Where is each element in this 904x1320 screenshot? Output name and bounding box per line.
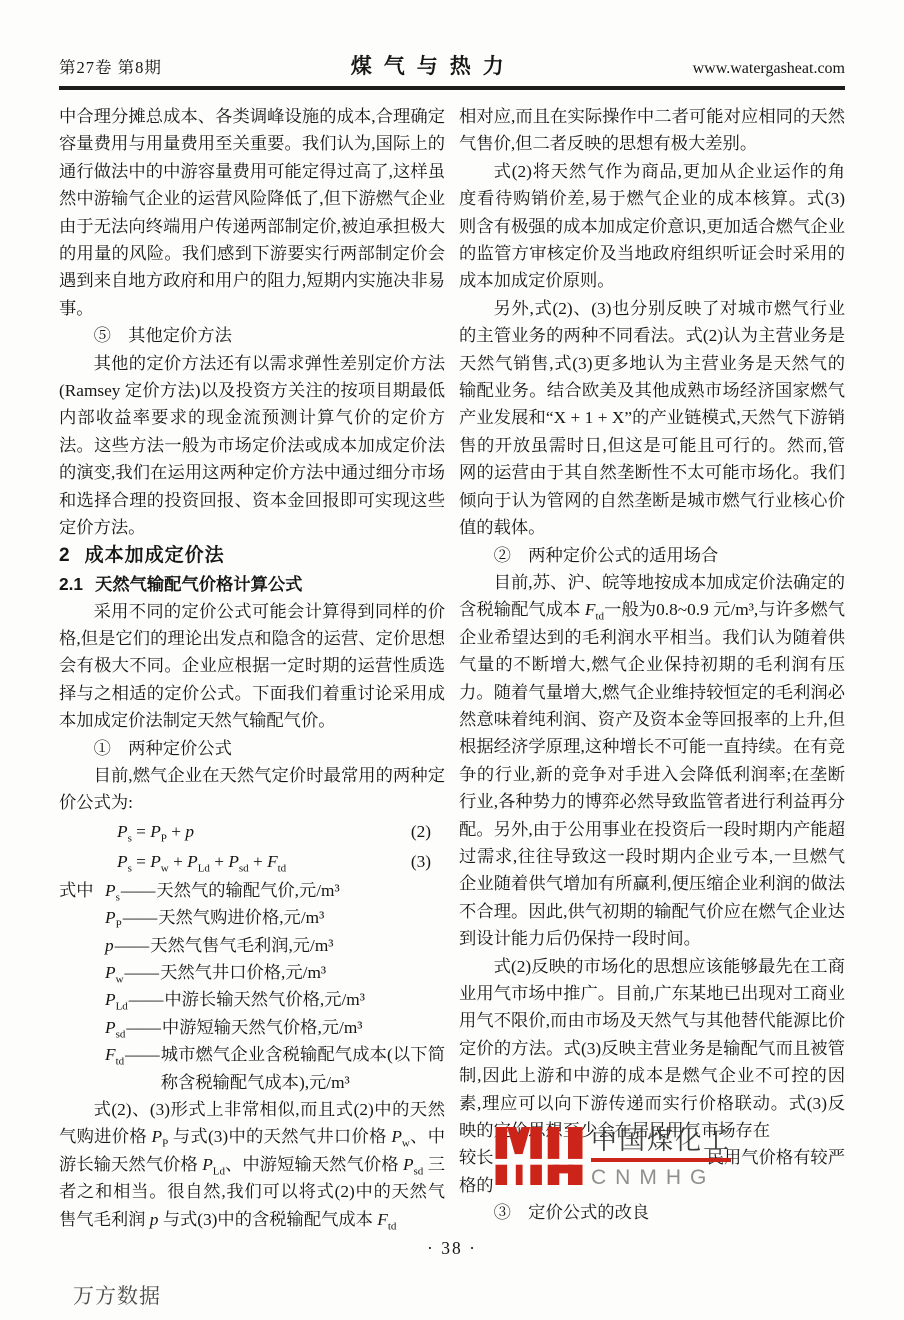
list-item-other-pricing: ⑤ 其他定价方法: [59, 322, 445, 349]
issue-label: 第27卷 第8期: [59, 54, 162, 78]
paragraph-market-promotion: 式(2)反映的市场化的思想应该能够最先在工商业用气市场中推广。目前,广东某地已出…: [459, 953, 845, 1145]
wanfang-data-watermark: 万方数据: [73, 1280, 161, 1310]
text-fragment: 格的: [459, 1172, 845, 1199]
list-item-two-formulas: ① 两种定价公式: [59, 735, 445, 762]
journal-title: 煤气与热力: [351, 50, 516, 80]
definition-dash: ——: [114, 932, 151, 959]
watermark-zone: 较长 民用气价格有较严 格的: [459, 1144, 845, 1199]
subsection-number: 2.1: [59, 574, 83, 594]
symbol: Psd: [105, 1014, 125, 1041]
definition-dash: ——: [122, 904, 159, 931]
equation-2-number: (2): [411, 817, 431, 847]
equation-3-number: (3): [411, 847, 431, 877]
equation-3: Ps = Pw + PLd + Psd + Ftd (3): [59, 847, 445, 877]
journal-page: 第27卷 第8期 煤气与热力 www.watergasheat.com 中合理分…: [0, 0, 904, 1320]
symbol-definition: Psd —— 中游短输天然气价格,元/m³: [59, 1014, 445, 1041]
symbol-description: 天然气井口价格,元/m³: [160, 959, 445, 986]
equation-2-expression: Ps = PP + p: [117, 817, 194, 847]
page-number: · 38 ·: [0, 1238, 904, 1259]
symbol-definition: Ftd —— 城市燃气企业含税输配气成本(以下简称含税输配气成本),元/m³: [59, 1041, 445, 1096]
definition-dash: ——: [124, 959, 161, 986]
lead-spacer: [59, 959, 105, 986]
journal-website: www.watergasheat.com: [693, 60, 845, 78]
list-item-formula-improvement: ③ 定价公式的改良: [459, 1199, 845, 1226]
definition-dash: ——: [128, 986, 165, 1013]
paragraph-intro-formulas: 目前,燃气企业在天然气定价时最常用的两种定价公式为:: [59, 762, 445, 817]
symbol-description: 天然气购进价格,元/m³: [158, 904, 445, 931]
lead-spacer: [59, 932, 105, 959]
paragraph-cost-levels: 目前,苏、沪、皖等地按成本加成定价法确定的含税输配气成本 Ftd一般为0.8~0…: [459, 569, 845, 953]
definition-dash: ——: [125, 1014, 162, 1041]
symbol-description: 城市燃气企业含税输配气成本(以下简称含税输配气成本),元/m³: [161, 1041, 445, 1096]
subsection-title: 天然气输配气价格计算公式: [95, 574, 302, 594]
symbol-definition: PP —— 天然气购进价格,元/m³: [59, 904, 445, 931]
obscured-text-line: 较长 民用气价格有较严: [459, 1144, 845, 1171]
lead-spacer: [59, 1041, 105, 1096]
equation-2: Ps = PP + p (2): [59, 817, 445, 847]
symbol-definition: p —— 天然气售气毛利润,元/m³: [59, 932, 445, 959]
paragraph-formula-choice: 采用不同的定价公式可能会计算得到同样的价格,但是它们的理论出发点和隐含的运营、定…: [59, 598, 445, 735]
section-heading-2: 2成本加成定价法: [59, 542, 445, 570]
symbol-description: 天然气的输配气价,元/m³: [156, 877, 445, 904]
where-label: 式中: [59, 877, 105, 904]
page-header: 第27卷 第8期 煤气与热力 www.watergasheat.com: [59, 50, 845, 80]
paragraph-other-methods: 其他的定价方法还有以需求弹性差别定价方法(Ramsey 定价方法)以及投资方关注…: [59, 350, 445, 542]
paragraph-continuation: 中合理分摊总成本、各类调峰设施的成本,合理确定容量费用与用量费用至关重要。我们认…: [59, 103, 445, 322]
symbol: Ps: [105, 877, 120, 904]
definition-dash: ——: [120, 877, 157, 904]
lead-spacer: [59, 986, 105, 1013]
subsection-heading-2-1: 2.1天然气输配气价格计算公式: [59, 570, 445, 598]
header-rule: [59, 86, 845, 90]
symbol-definition: Pw —— 天然气井口价格,元/m³: [59, 959, 445, 986]
symbol-description: 中游短输天然气价格,元/m³: [162, 1014, 445, 1041]
right-column: 相对应,而且在实际操作中二者可能对应相同的天然气售价,但二者反映的思想有极大差别…: [459, 103, 845, 1227]
paragraph-two-views: 另外,式(2)、(3)也分别反映了对城市燃气行业的主管业务的两种不同看法。式(2…: [459, 295, 845, 542]
paragraph-formula-comparison: 式(2)、(3)形式上非常相似,而且式(2)中的天然气购进价格 PP 与式(3)…: [59, 1096, 445, 1233]
lead-spacer: [59, 1014, 105, 1041]
section-title: 成本加成定价法: [85, 545, 225, 566]
symbol-description: 中游长输天然气价格,元/m³: [164, 986, 445, 1013]
symbol: PLd: [105, 986, 128, 1013]
list-item-applicable-cases: ② 两种定价公式的适用场合: [459, 542, 845, 569]
section-number: 2: [59, 545, 71, 566]
symbol: Pw: [105, 959, 124, 986]
text-fragment: 民用气价格有较严: [707, 1144, 845, 1171]
left-column: 中合理分摊总成本、各类调峰设施的成本,合理确定容量费用与用量费用至关重要。我们认…: [59, 103, 445, 1233]
symbol-description: 天然气售气毛利润,元/m³: [150, 932, 445, 959]
text-fragment: 较长: [459, 1144, 494, 1171]
equation-3-expression: Ps = Pw + PLd + Psd + Ftd: [117, 847, 286, 877]
symbol: PP: [105, 904, 122, 931]
symbol: Ftd: [105, 1041, 124, 1096]
definition-dash: ——: [124, 1041, 161, 1096]
symbol-definition: PLd —— 中游长输天然气价格,元/m³: [59, 986, 445, 1013]
paragraph-continuation: 相对应,而且在实际操作中二者可能对应相同的天然气售价,但二者反映的思想有极大差别…: [459, 103, 845, 158]
paragraph-eq2-commodity: 式(2)将天然气作为商品,更加从企业运作的角度看待购销价差,易于燃气企业的成本核…: [459, 158, 845, 295]
symbol-definition: 式中 Ps —— 天然气的输配气价,元/m³: [59, 877, 445, 904]
symbol: p: [105, 932, 114, 959]
lead-spacer: [59, 904, 105, 931]
